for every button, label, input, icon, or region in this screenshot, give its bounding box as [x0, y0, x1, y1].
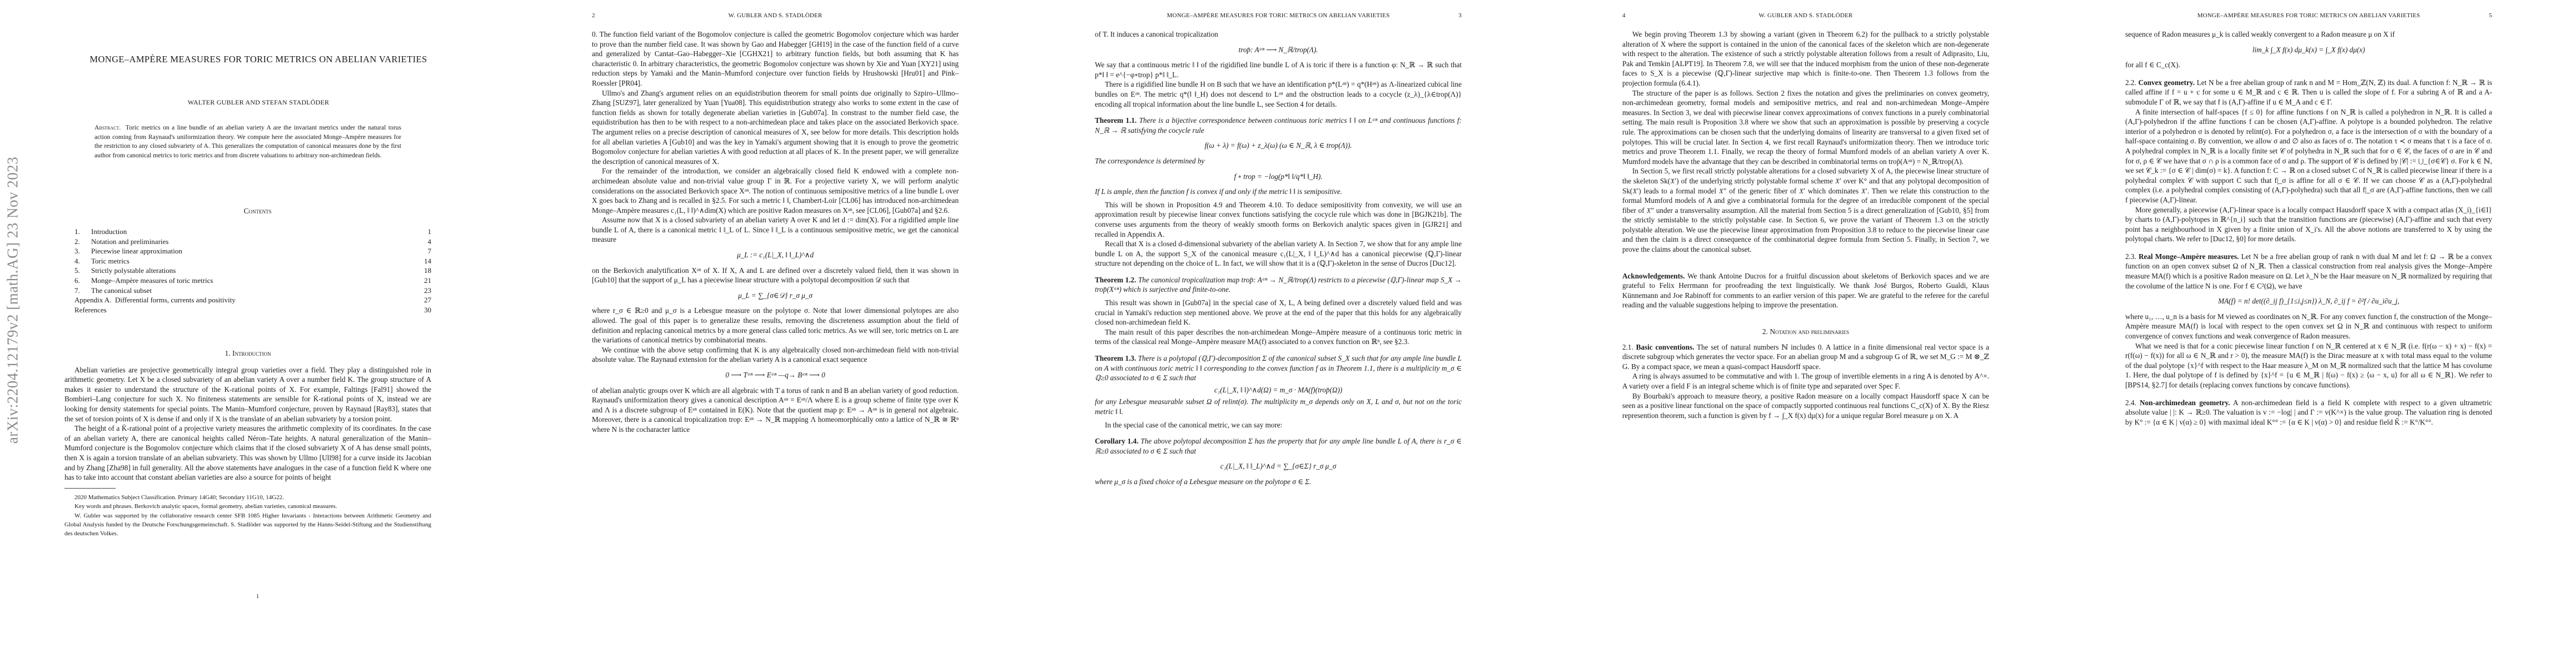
page-4: 4 W. GUBLER AND S. STADLÖDER We begin pr…: [1546, 0, 2061, 667]
theorem-1-3: Theorem 1.3. There is a polytopal (ℚ,Γ)-…: [1095, 354, 1462, 417]
paragraph: The height of a K̄-rational point of a p…: [64, 424, 431, 482]
table-of-contents: 1.Introduction1 2.Notation and prelimina…: [74, 227, 431, 315]
abstract: Abstract. Toric metrics on a line bundle…: [94, 123, 401, 160]
equation-canonical-measure: μ_L := c₁(L|_X, ‖ ‖_L)^∧d: [592, 250, 959, 260]
toc-entry[interactable]: 1.Introduction1: [74, 227, 431, 237]
contents-title: Contents: [0, 207, 515, 216]
paragraph: By Bourbaki's approach to measure theory…: [1622, 391, 1989, 421]
paragraph: We begin proving Theorem 1.3 by showing …: [1622, 29, 1989, 88]
footnote-keywords: Key words and phrases. Berkovich analyti…: [64, 502, 431, 511]
page-number: 1: [0, 593, 515, 600]
paragraph: In the special case of the canonical met…: [1095, 420, 1462, 430]
paragraph: on the Berkovich analytification Xᵃⁿ of …: [592, 266, 959, 285]
abstract-text: Toric metrics on a line bundle of an abe…: [94, 124, 401, 159]
footnote-msc: 2020 Mathematics Subject Classification.…: [64, 493, 431, 502]
paragraph: In Section 5, we first recall strictly p…: [1622, 166, 1989, 254]
footnote-funding: W. Gubler was supported by the collabora…: [64, 511, 431, 539]
paragraph: for all f ∈ C_c(X).: [2125, 60, 2492, 70]
equation-decomposition: μ_L = ∑_{σ∈𝒟} r_σ μ_σ: [592, 291, 959, 301]
arxiv-stamp: arXiv:2204.12179v2 [math.AG] 23 Nov 2023: [2, 133, 23, 467]
page-number: 3: [1458, 12, 1462, 19]
paragraph: Recall that X is a closed d-dimensional …: [1095, 239, 1462, 268]
paragraph: where u₁, …, u_n is a basis for M viewed…: [2125, 312, 2492, 341]
toc-entry[interactable]: 5.Strictly polystable alterations18: [74, 266, 431, 276]
toc-entry[interactable]: 2.Notation and preliminaries4: [74, 237, 431, 247]
toc-entry[interactable]: 4.Toric metrics14: [74, 256, 431, 266]
section-heading: 2. Notation and preliminaries: [1622, 327, 1989, 337]
equation-trop: trop̄: Aᵃⁿ ⟶ N_ℝ/trop(Λ).: [1095, 45, 1462, 55]
paragraph: What we need is that for a conic piecewi…: [2125, 341, 2492, 390]
page1-body: 1. Introduction Abelian varieties are pr…: [64, 349, 431, 539]
paragraph: There is a rigidified line bundle H on B…: [1095, 79, 1462, 109]
paragraph: 0. The function field variant of the Bog…: [592, 29, 959, 88]
page4-body: We begin proving Theorem 1.3 by showing …: [1622, 29, 1989, 420]
paragraph: We say that a continuous metric ‖ ‖ of t…: [1095, 60, 1462, 79]
theorem-1-2: Theorem 1.2. The canonical tropicalizati…: [1095, 275, 1462, 295]
footnotes: 2020 Mathematics Subject Classification.…: [64, 493, 431, 539]
paragraph: sequence of Radon measures μ_k is called…: [2125, 29, 2492, 39]
toc-entry[interactable]: Appendix A. Differential forms, currents…: [74, 295, 431, 305]
subsection-2-3: 2.3. Real Monge–Ampère measures. Let N b…: [2125, 252, 2492, 291]
paragraph: where r_σ ∈ ℝ≥0 and μ_σ is a Lebesgue me…: [592, 306, 959, 345]
equation-monge-ampere: MA(f) = n! det((∂_ij f)_{1≤i,j≤n}) λ_N, …: [2125, 296, 2492, 306]
page5-body: sequence of Radon measures μ_k is called…: [2125, 29, 2492, 427]
paragraph: This result was shown in [Gub07a] in the…: [1095, 298, 1462, 327]
paragraph: This will be shown in Proposition 4.9 an…: [1095, 200, 1462, 239]
abstract-label: Abstract.: [94, 124, 121, 131]
page-1: arXiv:2204.12179v2 [math.AG] 23 Nov 2023…: [0, 0, 515, 667]
paper-title: MONGE–AMPÈRE MEASURES FOR TORIC METRICS …: [33, 53, 484, 66]
page2-body: 0. The function field variant of the Bog…: [592, 29, 959, 435]
paragraph: Ullmo's and Zhang's argument relies on a…: [592, 88, 959, 167]
acknowledgements: Acknowledgements. We thank Antoine Ducro…: [1622, 271, 1989, 310]
paragraph: of abelian analytic groups over K which …: [592, 386, 959, 435]
paragraph: For the remainder of the introduction, w…: [592, 166, 959, 215]
page3-body: of T. It induces a canonical tropicaliza…: [1095, 29, 1462, 490]
toc-entry[interactable]: 7.The canonical subset23: [74, 286, 431, 296]
subsection-2-2: 2.2. Convex geometry. Let N be a free ab…: [2125, 78, 2492, 107]
paragraph: More generally, a piecewise (A,Γ)-linear…: [2125, 205, 2492, 244]
theorem-1-1: Theorem 1.1. There is a bijective corres…: [1095, 116, 1462, 197]
subsection-2-1: 2.1. Basic conventions. The set of natur…: [1622, 342, 1989, 372]
paragraph: The main result of this paper describes …: [1095, 327, 1462, 347]
section-heading: 1. Introduction: [64, 349, 431, 359]
equation-weak-convergence: lim_k ∫_X f(x) dμ_k(x) = ∫_X f(x) dμ(x): [2125, 45, 2492, 55]
page-number: 5: [2489, 12, 2492, 19]
paragraph: Abelian varieties are projective geometr…: [64, 365, 431, 424]
page-5: MONGE–AMPÈRE MEASURES FOR TORIC METRICS …: [2061, 0, 2576, 667]
subsection-2-4: 2.4. Non-archimedean geometry. A non-arc…: [2125, 398, 2492, 427]
footnote-rule: [64, 488, 116, 489]
page-2: 2 W. GUBLER AND S. STADLÖDER 0. The func…: [515, 0, 1030, 667]
paragraph: We continue with the above setup confirm…: [592, 345, 959, 365]
paragraph: A finite intersection of half-spaces {f …: [2125, 107, 2492, 205]
corollary-1-4: Corollary 1.4. The above polytopal decom…: [1095, 436, 1462, 486]
paragraph: Assume now that X is a closed subvariety…: [592, 215, 959, 245]
paragraph: The structure of the paper is as follows…: [1622, 88, 1989, 167]
toc-entry[interactable]: 6.Monge–Ampère measures of toric metrics…: [74, 276, 431, 286]
toc-entry[interactable]: 3.Piecewise linear approximation7: [74, 246, 431, 256]
toc-entry[interactable]: References30: [74, 305, 431, 315]
equation-exact-sequence: 0 ⟶ Tᵃⁿ ⟶ Eᵃⁿ —q→ Bᵃⁿ ⟶ 0: [592, 370, 959, 380]
paragraph: of T. It induces a canonical tropicaliza…: [1095, 29, 1462, 39]
page-3: MONGE–AMPÈRE MEASURES FOR TORIC METRICS …: [1030, 0, 1546, 667]
paper-authors: WALTER GUBLER AND STEFAN STADLÖDER: [33, 98, 484, 107]
paragraph: A ring is always assumed to be commutati…: [1622, 371, 1989, 391]
